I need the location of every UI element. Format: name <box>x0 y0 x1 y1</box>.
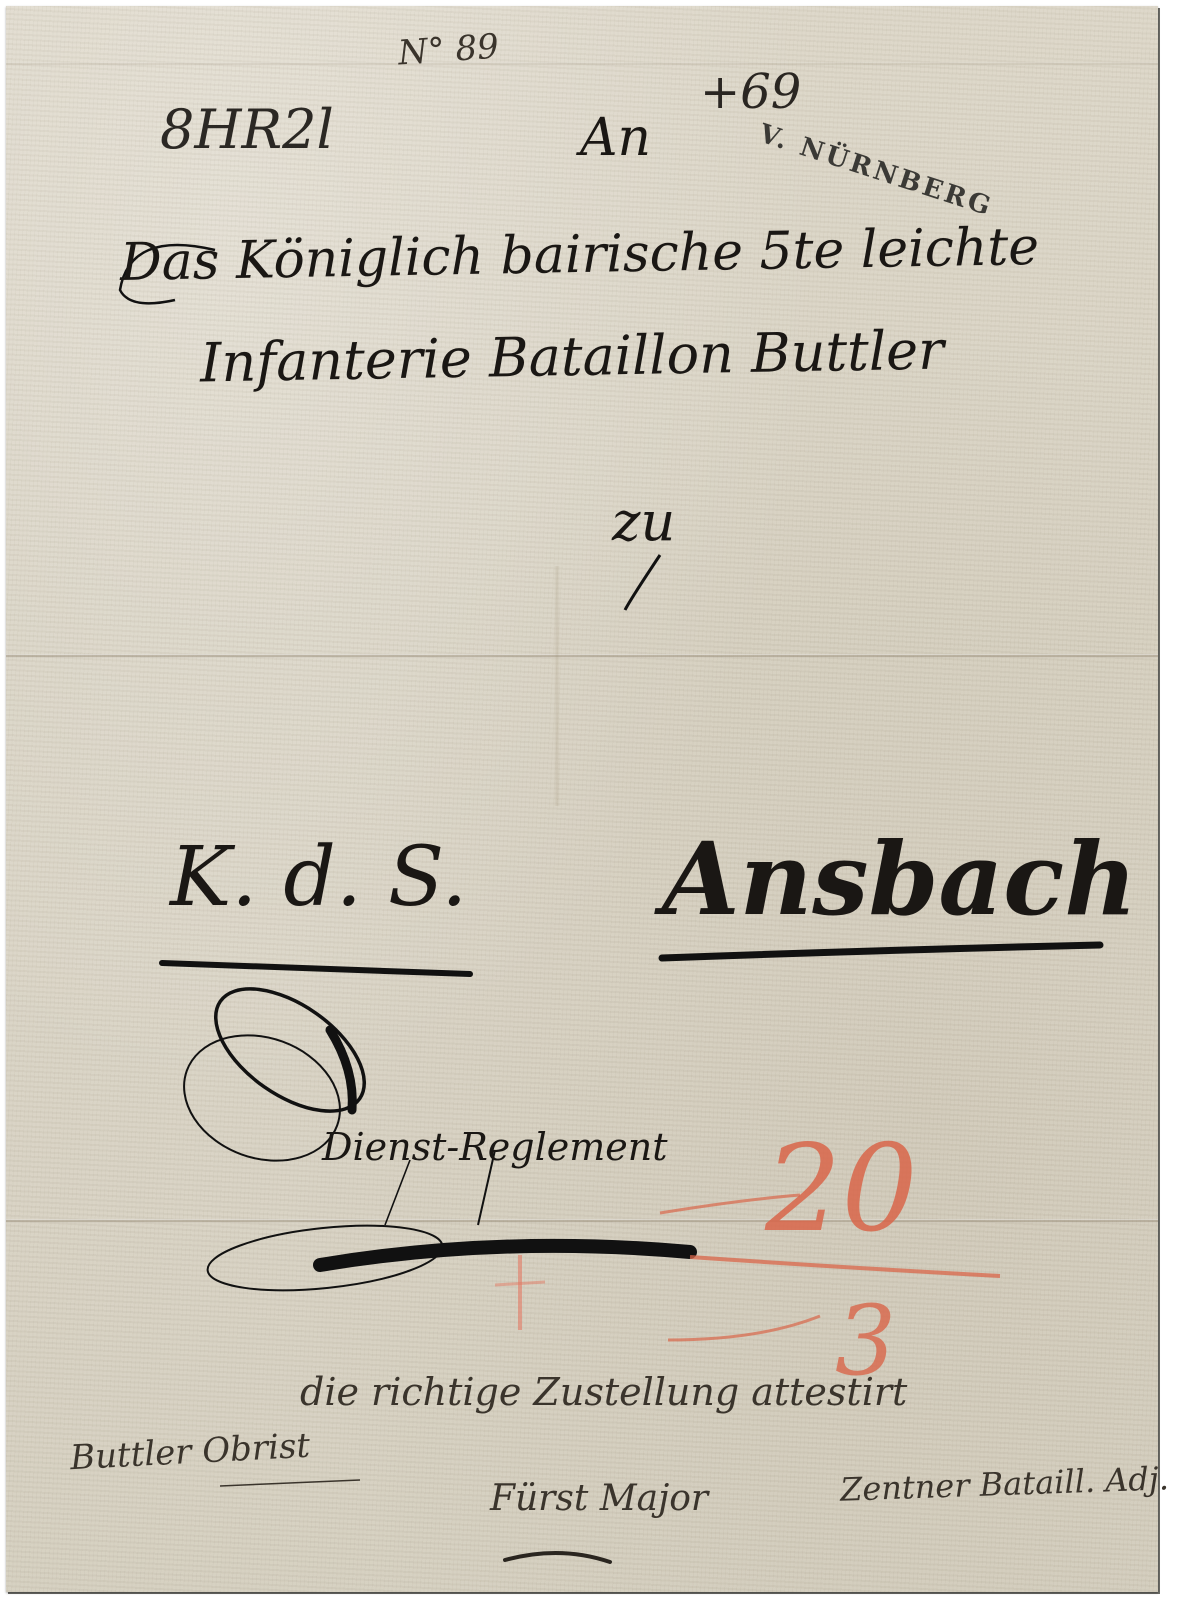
address-zu: zu <box>612 490 675 553</box>
fold-line-lower <box>6 1219 1158 1223</box>
attestation-line: die richtige Zustellung attestirt <box>300 1370 907 1414</box>
address-prefix: An <box>580 108 651 168</box>
service-marking: K. d. S. <box>170 830 467 925</box>
docket-code: 8HR2l <box>160 98 334 161</box>
address-line-2: Infanterie Bataillon Buttler <box>200 319 945 395</box>
fold-line-middle <box>6 654 1158 658</box>
fold-line-top <box>6 62 1158 66</box>
destination-ansbach: Ansbach <box>662 820 1137 938</box>
fold-line-vertical <box>554 566 560 806</box>
charge-red-upper: 20 <box>765 1120 918 1259</box>
docket-number: N° 89 <box>397 27 500 74</box>
signature-major: Fürst Major <box>490 1478 708 1519</box>
postmark-overstrike: +69 <box>700 64 801 120</box>
service-note: Dienst-Reglement <box>322 1125 668 1169</box>
